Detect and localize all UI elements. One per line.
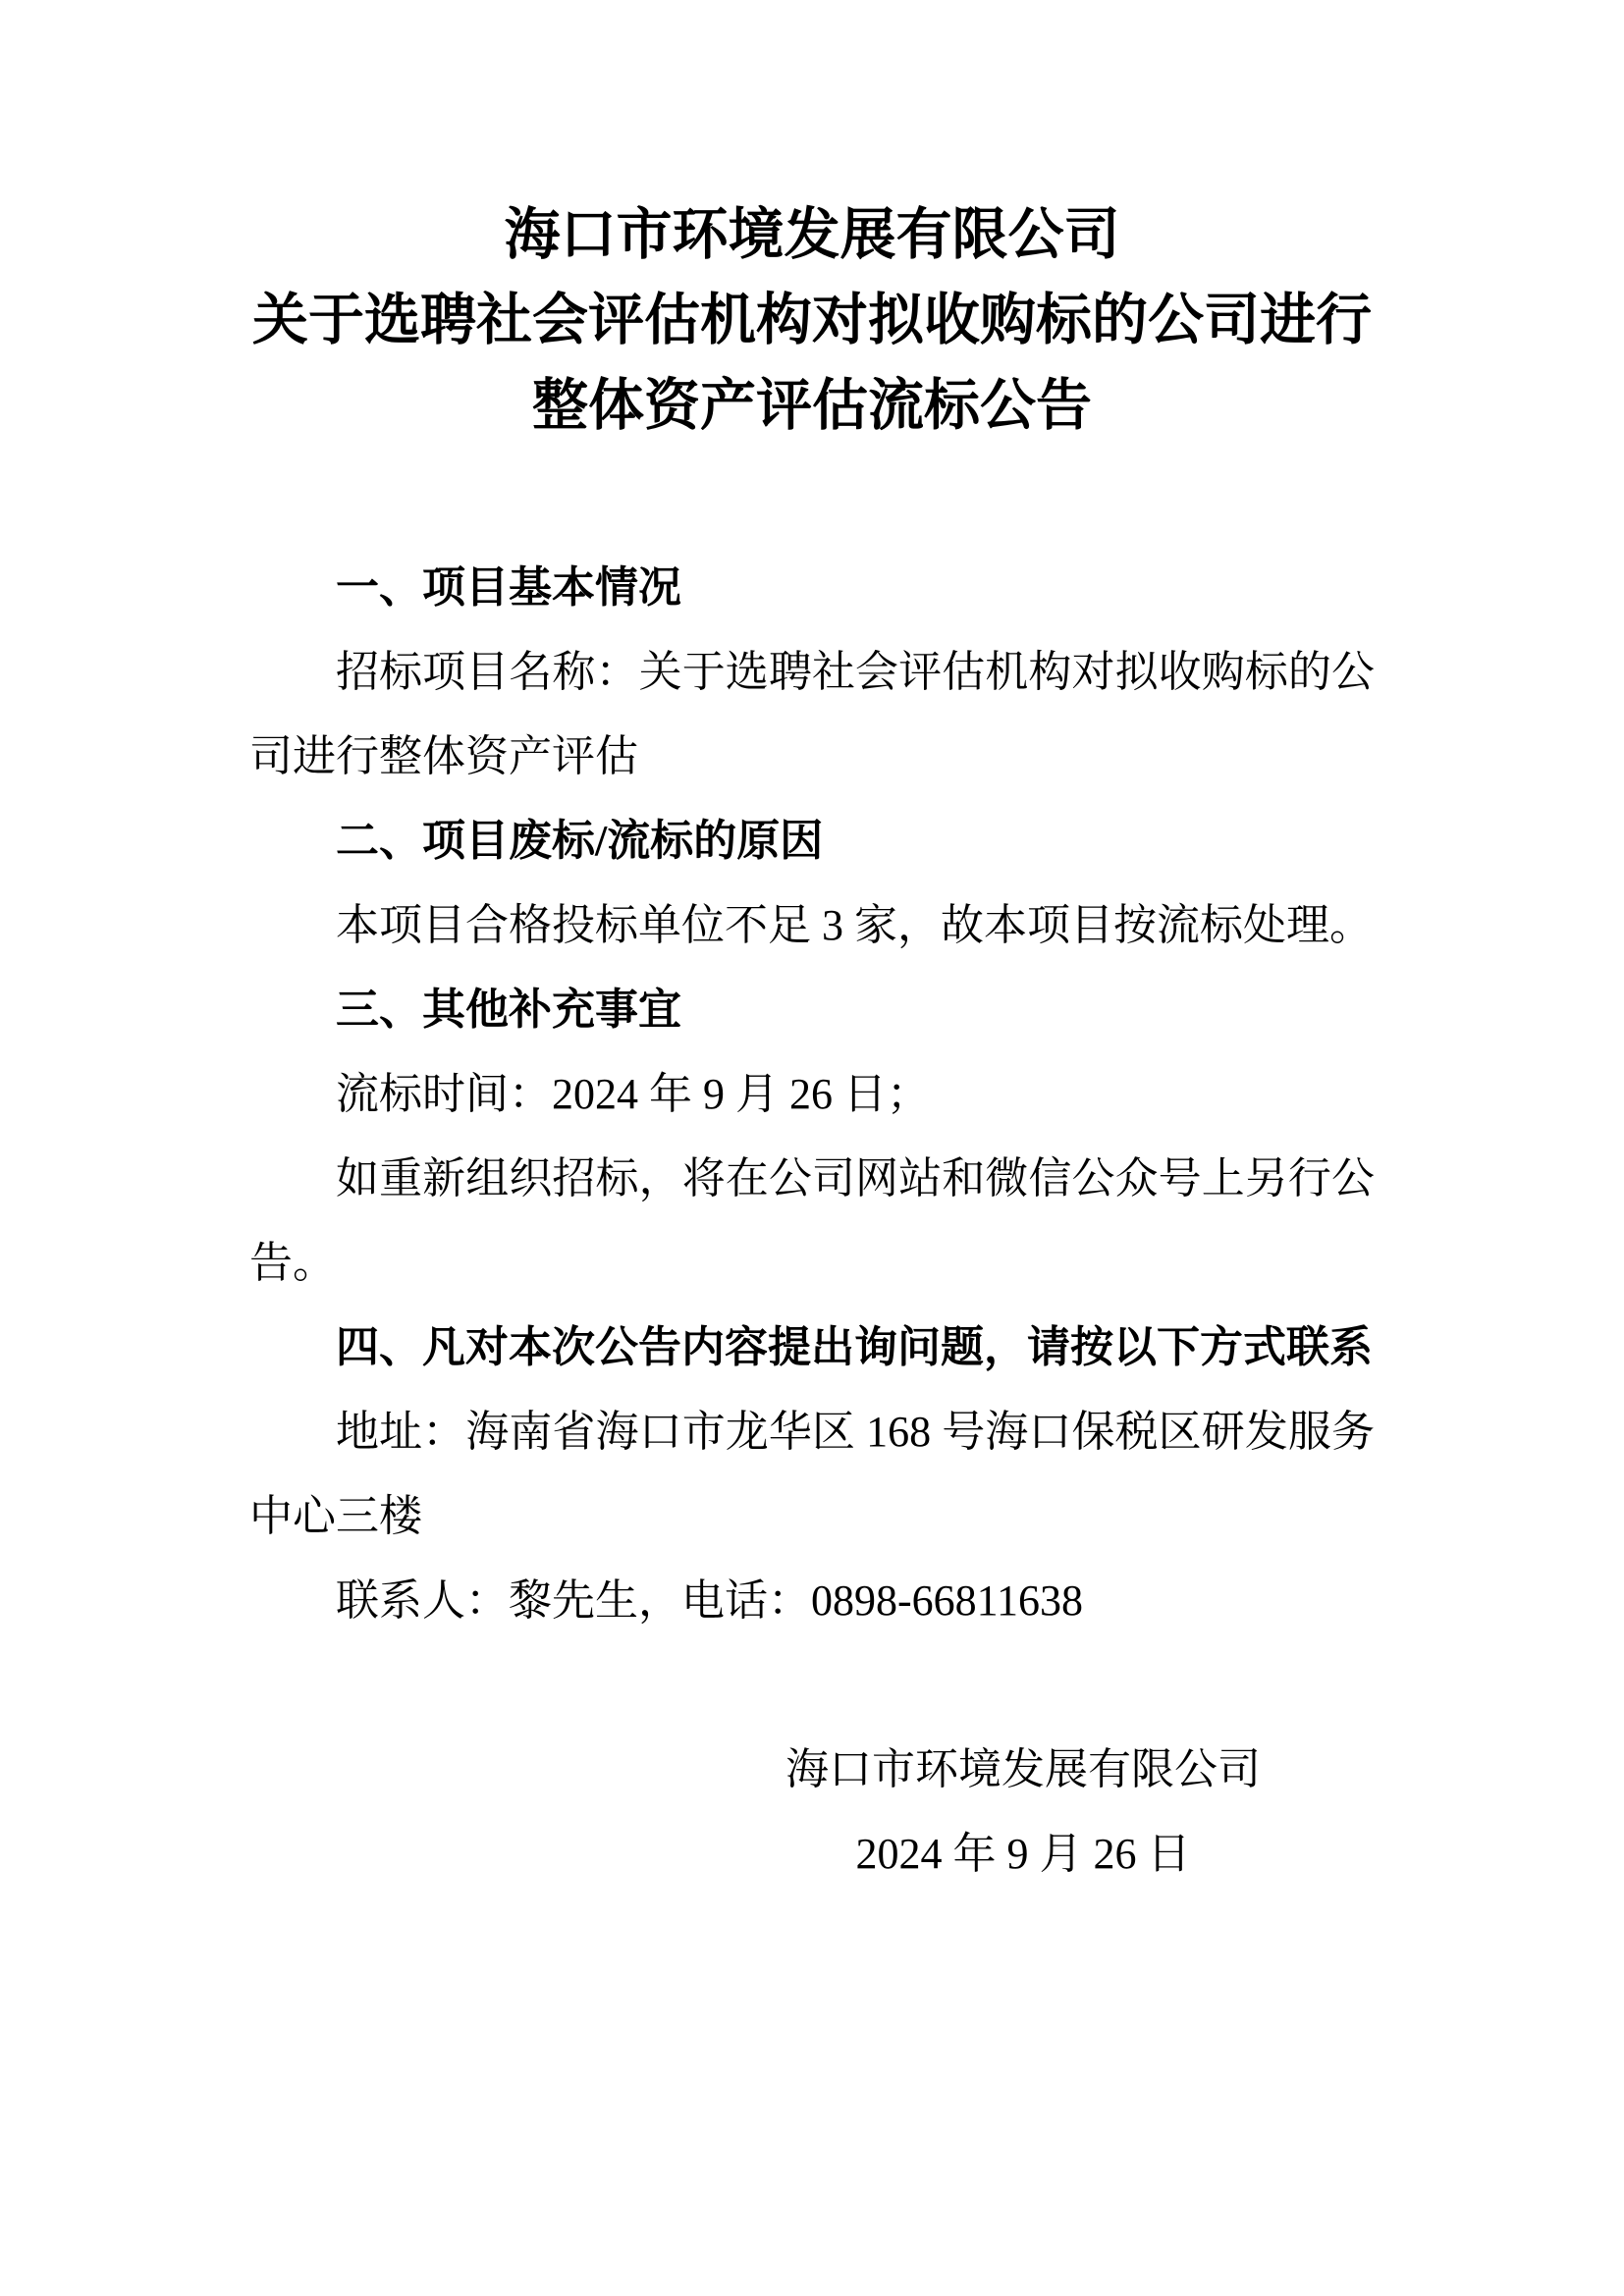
section-4-paragraph-1: 地址：海南省海口市龙华区 168 号海口保税区研发服务中心三楼 [249,1390,1375,1559]
section-1-paragraph-1: 招标项目名称：关于选聘社会评估机构对拟收购标的公司进行整体资产评估 [249,630,1375,799]
section-2-paragraph-1: 本项目合格投标单位不足 3 家，故本项目按流标处理。 [249,883,1375,968]
section-4-paragraph-2: 联系人：黎先生，电话：0898-66811638 [249,1559,1375,1643]
signature-block: 海口市环境发展有限公司 2024 年 9 月 26 日 [672,1728,1375,1896]
section-2-heading: 二、项目废标/流标的原因 [249,799,1375,883]
title-line-1: 海口市环境发展有限公司 [249,192,1375,278]
section-3-heading: 三、其他补充事宜 [249,968,1375,1052]
signature-company: 海口市环境发展有限公司 [672,1728,1375,1812]
title-line-3: 整体资产评估流标公告 [249,363,1375,449]
section-1-heading: 一、项目基本情况 [249,546,1375,630]
document-title: 海口市环境发展有限公司 关于选聘社会评估机构对拟收购标的公司进行 整体资产评估流… [249,192,1375,449]
section-4-heading: 四、凡对本次公告内容提出询问题，请按以下方式联系 [249,1306,1375,1390]
document-body: 一、项目基本情况 招标项目名称：关于选聘社会评估机构对拟收购标的公司进行整体资产… [249,546,1375,1896]
section-3-paragraph-2: 如重新组织招标，将在公司网站和微信公众号上另行公告。 [249,1137,1375,1306]
title-line-2: 关于选聘社会评估机构对拟收购标的公司进行 [249,278,1375,363]
document-page: 海口市环境发展有限公司 关于选聘社会评估机构对拟收购标的公司进行 整体资产评估流… [0,0,1624,2296]
section-3-paragraph-1: 流标时间：2024 年 9 月 26 日； [249,1052,1375,1137]
signature-date: 2024 年 9 月 26 日 [672,1812,1375,1896]
